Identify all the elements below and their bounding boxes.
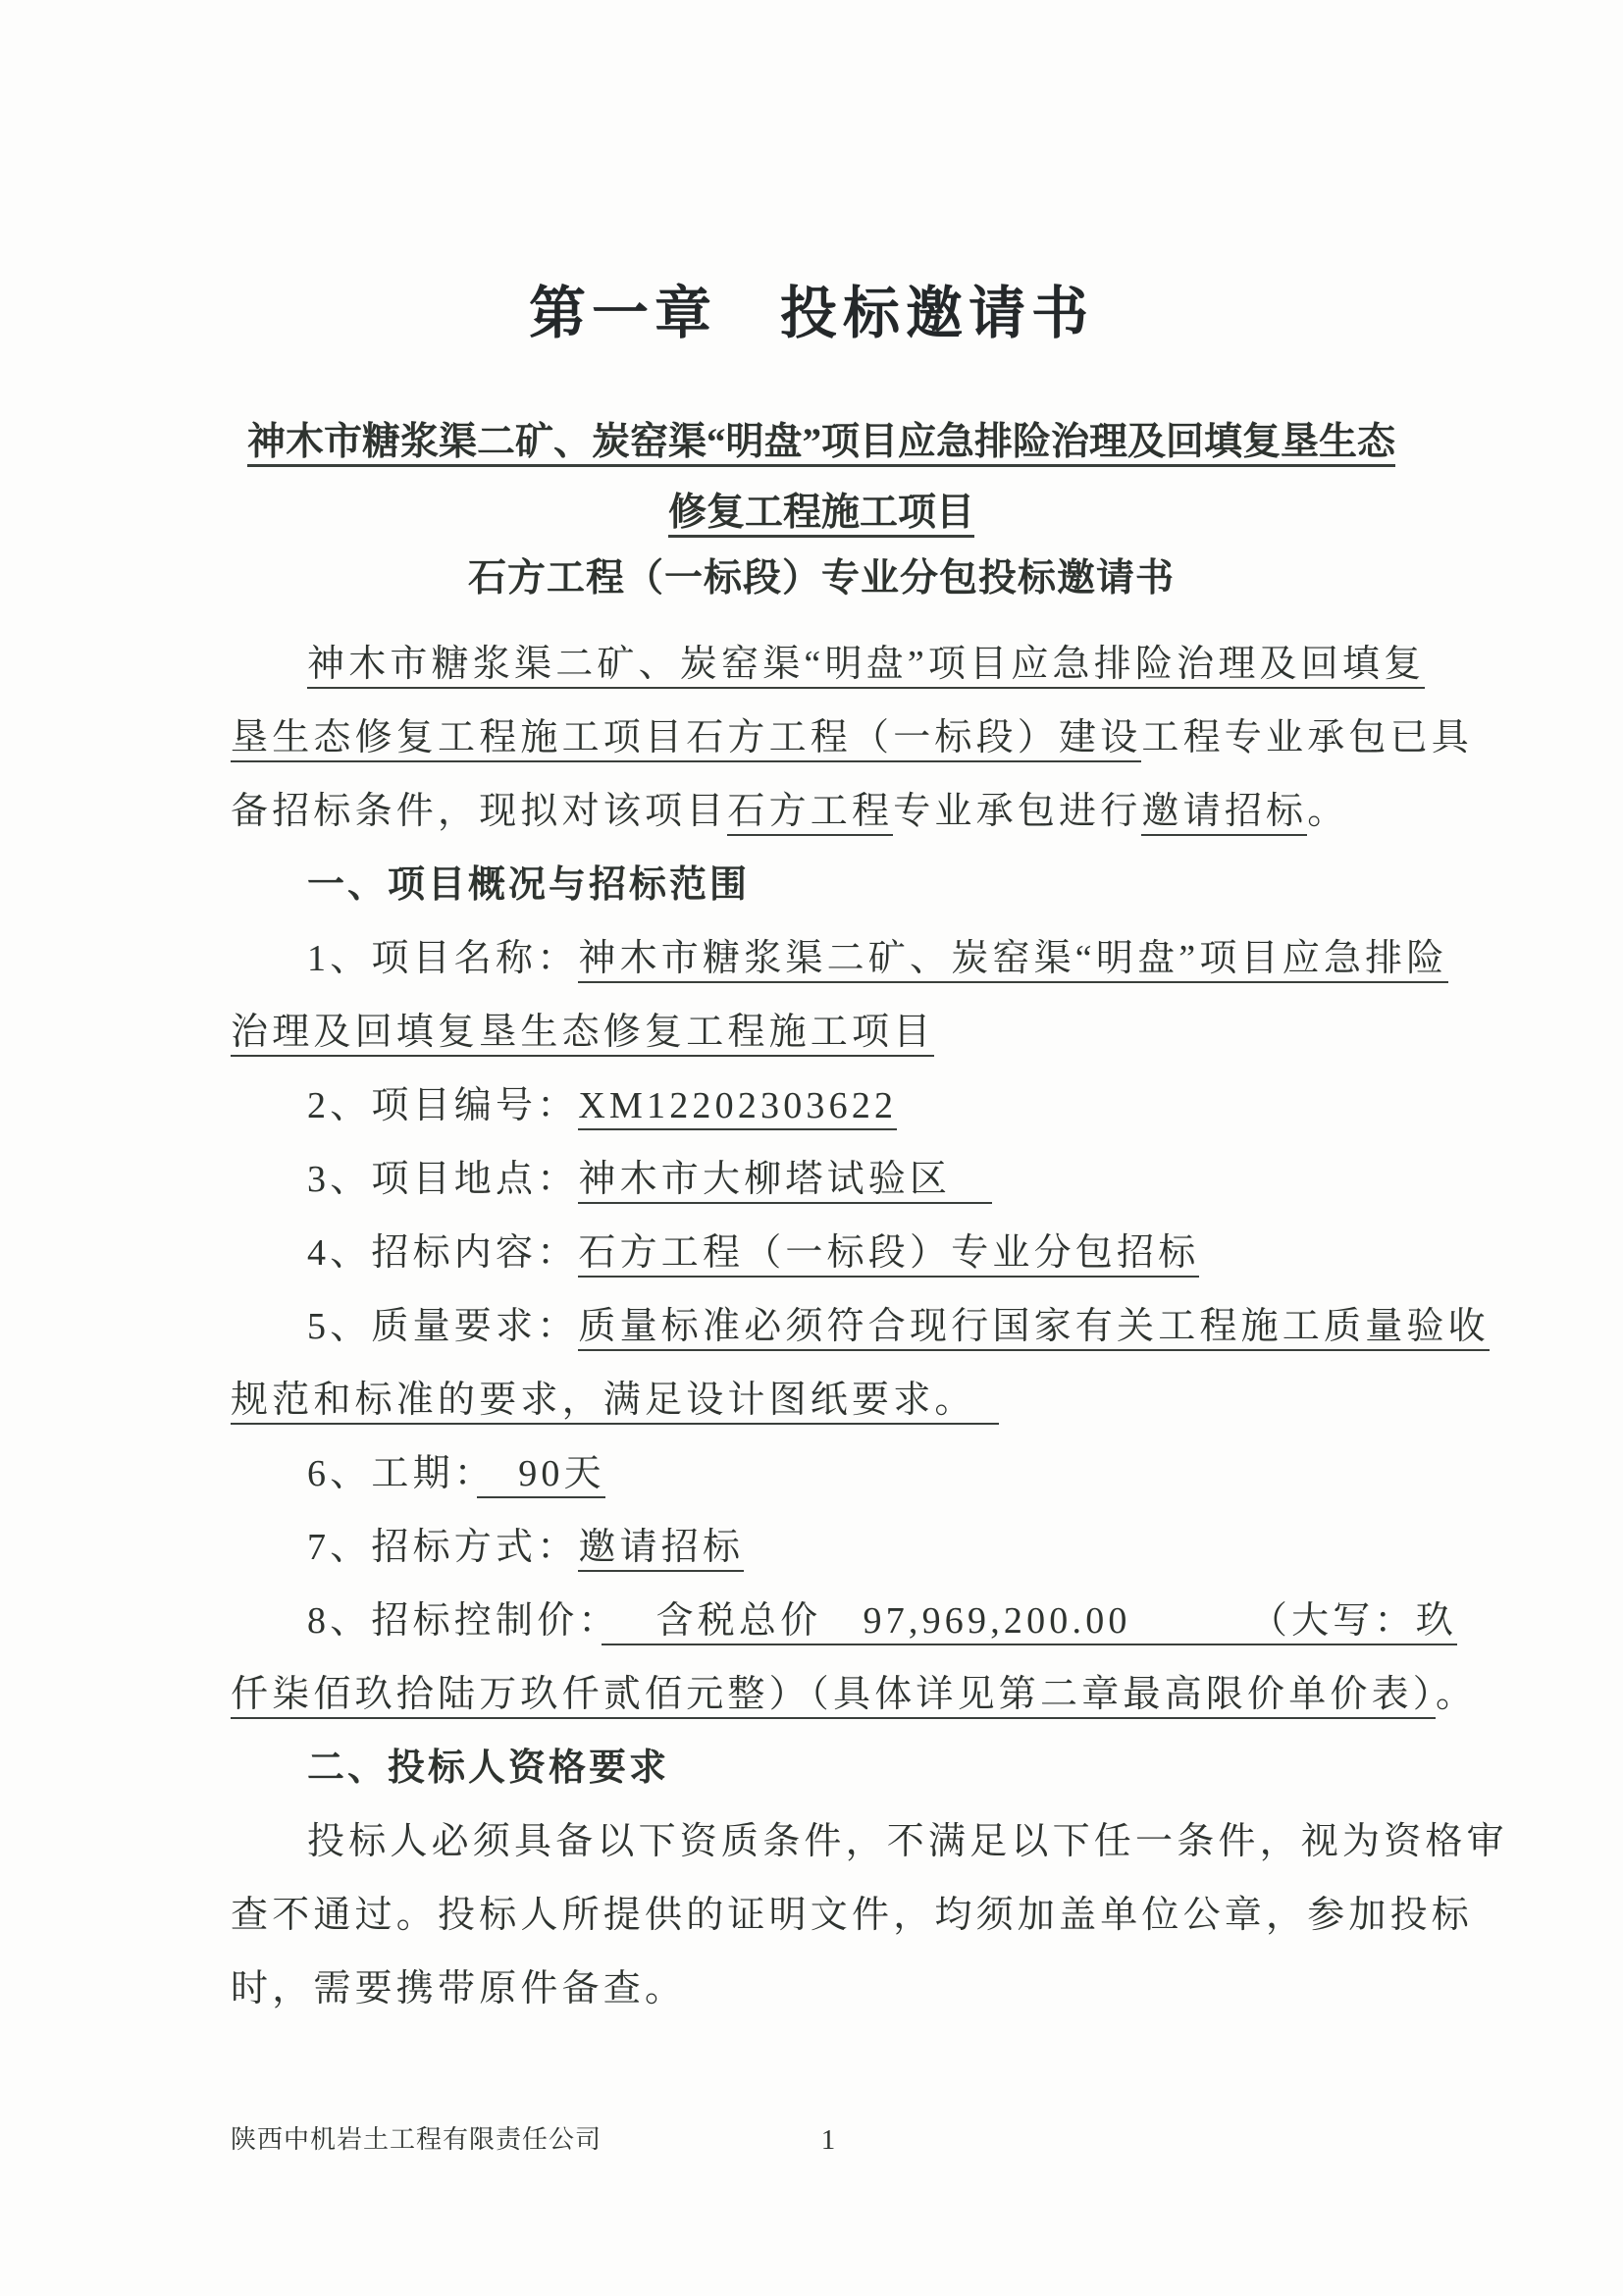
chapter-title: 第一章 投标邀请书 xyxy=(0,267,1623,349)
underlined-text-run: 邀请招标 xyxy=(578,1527,744,1572)
text-line: 1、项目名称：神木市糖浆渠二矿、炭窑渠“明盘”项目应急排险 xyxy=(231,922,1432,996)
underlined-text-run: 神木市糖浆渠二矿、炭窑渠“明盘”项目应急排险治理及回填复 xyxy=(307,644,1425,689)
text-line: 3、项目地点：神木市大柳塔试验区 xyxy=(231,1143,1432,1217)
section-1-heading: 一、项目概况与招标范围 xyxy=(231,849,1432,922)
text-run: 1、项目名称： xyxy=(307,938,578,979)
text-run: 查不通过。投标人所提供的证明文件，均须加盖单位公章，参加投标 xyxy=(231,1895,1473,1936)
text-run: 时，需要携带原件备查。 xyxy=(231,1968,686,2009)
underlined-text-run: 石方工程（一标段）专业分包招标 xyxy=(578,1232,1199,1278)
item-5-quality-requirement: 5、质量要求：质量标准必须符合现行国家有关工程施工质量验收规范和标准的要求，满足… xyxy=(231,1290,1432,1437)
qualification-paragraph: 投标人必须具备以下资质条件，不满足以下任一条件，视为资格审查不通过。投标人所提供… xyxy=(231,1805,1432,2026)
text-line: 投标人必须具备以下资质条件，不满足以下任一条件，视为资格审 xyxy=(231,1805,1432,1879)
footer-page-number: 1 xyxy=(231,2117,1427,2163)
text-line: 2、项目编号：XM12202303622 xyxy=(231,1070,1432,1143)
underlined-text-run: 90天 xyxy=(477,1453,605,1498)
text-line: 时，需要携带原件备查。 xyxy=(231,1953,1432,2026)
text-line: 一、项目概况与招标范围 xyxy=(231,849,1432,922)
page-footer: 陕西中机岩土工程有限责任公司 1 xyxy=(231,2117,1427,2163)
text-run: 3、项目地点： xyxy=(307,1159,578,1200)
text-run: 备招标条件，现拟对该项目 xyxy=(231,791,727,832)
item-3-project-location: 3、项目地点：神木市大柳塔试验区 xyxy=(231,1143,1432,1217)
text-run: 5、质量要求： xyxy=(307,1306,578,1347)
underlined-text-run: 神木市糖浆渠二矿、炭窑渠“明盘”项目应急排险 xyxy=(578,938,1447,983)
text-line: 备招标条件，现拟对该项目石方工程专业承包进行邀请招标。 xyxy=(231,775,1432,849)
text-line: 垦生态修复工程施工项目石方工程（一标段）建设工程专业承包已具 xyxy=(231,702,1432,775)
text-run: 8、招标控制价： xyxy=(307,1600,602,1642)
text-line: 查不通过。投标人所提供的证明文件，均须加盖单位公章，参加投标 xyxy=(231,1879,1432,1953)
intro-paragraph: 神木市糖浆渠二矿、炭窑渠“明盘”项目应急排险治理及回填复垦生态修复工程施工项目石… xyxy=(231,628,1432,849)
text-run: 一、项目概况与招标范围 xyxy=(307,864,750,906)
text-line: 5、质量要求：质量标准必须符合现行国家有关工程施工质量验收 xyxy=(231,1290,1432,1364)
underlined-text-run: 邀请招标 xyxy=(1141,791,1307,836)
text-line: 治理及回填复垦生态修复工程施工项目 xyxy=(231,996,1432,1070)
item-2-project-number: 2、项目编号：XM12202303622 xyxy=(231,1070,1432,1143)
text-run: 7、招标方式： xyxy=(307,1527,578,1568)
text-line: 二、投标人资格要求 xyxy=(231,1732,1432,1805)
text-run: 2、项目编号： xyxy=(307,1085,578,1126)
underlined-text-run: 规范和标准的要求，满足设计图纸要求。 xyxy=(231,1380,999,1425)
text-run: 二、投标人资格要求 xyxy=(307,1748,669,1789)
text-line: 规范和标准的要求，满足设计图纸要求。 xyxy=(231,1364,1432,1437)
text-run: 投标人必须具备以下资质条件，不满足以下任一条件，视为资格审 xyxy=(307,1821,1508,1862)
document-page: 第一章 投标邀请书 神木市糖浆渠二矿、炭窑渠“明盘”项目应急排险治理及回填复垦生… xyxy=(0,0,1623,2296)
text-line: 仟柒佰玖拾陆万玖仟贰佰元整）（具体详见第二章最高限价单价表）。 xyxy=(231,1658,1432,1732)
item-7-tender-method: 7、招标方式：邀请招标 xyxy=(231,1511,1432,1585)
project-title-line-2: 修复工程施工项目 xyxy=(186,478,1456,548)
underlined-text-run: 仟柒佰玖拾陆万玖仟贰佰元整）（具体详见第二章最高限价单价表） xyxy=(231,1674,1436,1719)
text-run: 4、招标内容： xyxy=(307,1232,578,1274)
item-6-duration: 6、工期： 90天 xyxy=(231,1437,1432,1511)
text-line: 7、招标方式：邀请招标 xyxy=(231,1511,1432,1585)
project-title-line-1: 神木市糖浆渠二矿、炭窑渠“明盘”项目应急排险治理及回填复垦生态 xyxy=(186,407,1456,478)
project-title-heading: 神木市糖浆渠二矿、炭窑渠“明盘”项目应急排险治理及回填复垦生态 修复工程施工项目 xyxy=(186,407,1456,548)
project-title-line-1-text: 神木市糖浆渠二矿、炭窑渠“明盘”项目应急排险治理及回填复垦生态 xyxy=(247,421,1395,467)
text-run: 专业承包进行 xyxy=(893,791,1141,832)
text-run: 工程专业承包已具 xyxy=(1141,717,1473,758)
text-run: 。 xyxy=(1436,1674,1477,1715)
project-title-line-2-text: 修复工程施工项目 xyxy=(668,492,974,538)
text-run: 。 xyxy=(1307,791,1348,832)
item-4-tender-content: 4、招标内容：石方工程（一标段）专业分包招标 xyxy=(231,1217,1432,1290)
underlined-text-run: XM12202303622 xyxy=(578,1085,897,1130)
text-run: 6、工期： xyxy=(307,1453,477,1494)
underlined-text-run: 含税总价 97,969,200.00 （大写：玖 xyxy=(602,1600,1457,1645)
item-8-control-price: 8、招标控制价： 含税总价 97,969,200.00 （大写：玖仟柒佰玖拾陆万… xyxy=(231,1585,1432,1732)
underlined-text-run: 石方工程 xyxy=(727,791,893,836)
text-line: 8、招标控制价： 含税总价 97,969,200.00 （大写：玖 xyxy=(231,1585,1432,1658)
document-body: 神木市糖浆渠二矿、炭窑渠“明盘”项目应急排险治理及回填复垦生态修复工程施工项目石… xyxy=(231,628,1432,2026)
text-line: 4、招标内容：石方工程（一标段）专业分包招标 xyxy=(231,1217,1432,1290)
text-line: 神木市糖浆渠二矿、炭窑渠“明盘”项目应急排险治理及回填复 xyxy=(231,628,1432,702)
underlined-text-run: 垦生态修复工程施工项目石方工程（一标段）建设 xyxy=(231,717,1141,762)
subcontract-invitation-subtitle: 石方工程（一标段）专业分包投标邀请书 xyxy=(186,548,1456,602)
underlined-text-run: 神木市大柳塔试验区 xyxy=(578,1159,992,1204)
underlined-text-run: 治理及回填复垦生态修复工程施工项目 xyxy=(231,1012,934,1057)
section-2-heading: 二、投标人资格要求 xyxy=(231,1732,1432,1805)
item-1-project-name: 1、项目名称：神木市糖浆渠二矿、炭窑渠“明盘”项目应急排险治理及回填复垦生态修复… xyxy=(231,922,1432,1070)
underlined-text-run: 质量标准必须符合现行国家有关工程施工质量验收 xyxy=(578,1306,1489,1351)
text-line: 6、工期： 90天 xyxy=(231,1437,1432,1511)
